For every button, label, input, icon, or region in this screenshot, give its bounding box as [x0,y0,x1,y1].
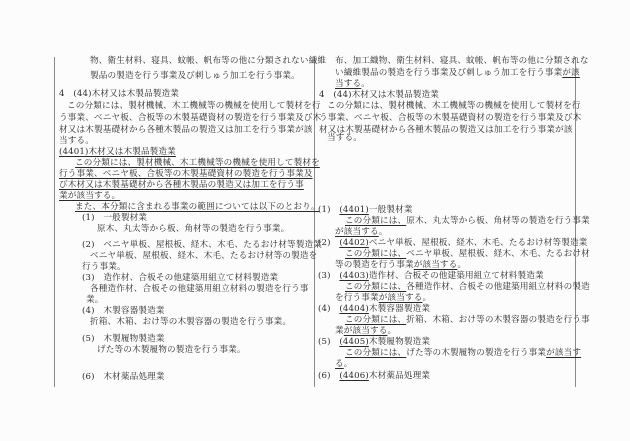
text-segment: 一般製材業 [369,205,413,215]
text-segment: (4) [318,304,339,314]
amended-text-segment: が該当す [546,348,581,358]
text-segment: この分類には、製材機械、木工機械等の機械を使用して製材を行 [327,101,581,111]
left-text-line: (6) 木材薬品処理業 [82,372,165,383]
amended-text-segment: この分類には、 [345,348,406,358]
right-text-line: この分類には、原木、丸太等から板、角材等の製造を行う事業 [345,216,590,227]
amended-text-segment: この分類には、 [345,216,406,226]
right-text-line: い繊維製品の製造を行う事業及び刺しゅう加工を行う事業が該 [335,68,580,79]
amended-text-segment: (4405) [339,337,368,347]
amended-text-segment: この分類には、 [345,282,406,292]
left-text-line: 当する。 [59,136,94,147]
text-segment: 4 (44)木材又は木製品製造業 [319,90,439,100]
right-text-line: 業が該当する。 [335,326,396,337]
left-text-line: 原木、丸太等から板、角材等の製造を行う事業。 [97,224,289,235]
left-text-line: (4401)木材又は木製品製造業 [59,147,176,158]
right-text-line: この分類には、折箱、木箱、おけ等の木製容器の製造を行う事 [345,315,590,326]
left-text-line: げた等の木製履物の製造を行う事業。 [97,345,246,356]
text-segment: 木材薬品処理業 [369,371,430,381]
left-text-line: (1) 一般製材業 [82,213,147,224]
right-text-line: る。 [335,359,353,370]
text-segment: ベニヤ単板、屋根板、経木、木毛、たるおけ材 [406,249,590,259]
left-text-line: この分類には、製材機械、木工機械等の機械を使用して製材を行 [67,101,321,112]
text-segment: 。 [387,326,396,336]
right-text-line: 4 (44)木材又は木製品製造業 [319,90,439,101]
right-text-line: (5) (4405)木製履物製造業 [318,337,430,348]
text-segment: 。 [344,359,353,369]
text-segment: を行う事業 [335,293,379,303]
text-segment: (3) [318,271,339,281]
text-segment: う事業、ベニヤ板、合板等の木製基礎資材の製造を行う事業及び木 [319,113,581,123]
right-text-line: この分類には、げた等の木製履物の製造を行う事業が該当す [345,348,581,359]
text-segment: (1) [318,205,339,215]
left-text-line: び木材又は木製基礎材から各種木製品の製造又は加工を行う事 [59,180,304,191]
text-segment: 造作材、合板その他建築用組立て材料製造業 [369,271,544,281]
table-border-left [54,57,55,387]
text-segment: (6) [318,371,339,381]
text-segment: 原木、丸太等から板、角材等の製造を行う事業 [406,216,590,226]
text-segment: 。 [379,227,388,237]
left-text-line: う事業、ベニヤ板、合板等の木製基礎資材の製造を行う事業及び木 [59,113,321,124]
left-text-line: 行う事業。 [82,262,126,273]
amended-text-segment: が該当する [344,326,388,336]
left-text-line: また、本分類に含まれる事業の範囲については以下のとおり。 [75,202,320,213]
left-text-line: ベニヤ単板、屋根板、経木、木毛、たるおけ材等の製造を [90,251,317,262]
right-text-line: を行う事業が該当する。 [335,293,431,304]
text-segment: い繊維製品の製造を行う事業及び刺しゅう加工を行う事業 [335,68,562,78]
left-text-line: 製品の製造を行う事業及び刺しゅう加工を行う事業。 [90,71,300,82]
right-text-line: この分類には、各種造作材、合板その他建築用組立材料の製造 [345,282,590,293]
right-text-line: (1) (4401)一般製材業 [318,205,413,216]
right-text-line: この分類には、製材機械、木工機械等の機械を使用して製材を行 [327,101,581,112]
text-segment: 木製履物製造業 [369,337,430,347]
amended-text-segment: (4403) [339,271,368,281]
left-text-line: 業。 [86,295,104,306]
amended-text-segment: この分類には、 [345,315,406,325]
right-text-line: 等の製造を行う事業が該当する。 [335,260,466,271]
left-text-line: (2) ベニヤ単板、屋根板、経木、木毛、たるおけ材等製造業 [82,240,322,251]
left-text-line: 材又は木製基礎材から各種木製品の製造又は加工を行う事業が該 [59,125,313,136]
text-segment: 等の製造を行う事業 [335,260,414,270]
amended-text-segment: (4402) [339,238,368,248]
left-text-line: (5) 木製履物製造業 [82,334,165,345]
right-text-line: (6) (4406)木材薬品処理業 [318,371,430,382]
amended-text-segment: が該 [562,68,580,78]
left-text-line: (4) 木製容器製造業 [82,306,165,317]
left-text-line: 各種造作材、合板その他建築用組立材料の製造を行う事 [90,284,309,295]
text-segment: 当する。 [327,133,362,143]
left-text-line: 折箱、木箱、おけ等の木製容器の製造を行う事業。 [90,317,291,328]
amended-text-segment: 当する [335,79,361,89]
left-text-line: 行う事業、ベニヤ板、合板等の木製基礎資材の製造を行う事業及 [59,169,313,180]
text-segment: 。 [361,79,370,89]
amended-text-segment: (4401) [339,205,368,215]
right-text-line: が該当する。 [335,227,387,238]
right-text-line: 当する。 [327,133,362,144]
right-text-line: 布、加工織物、衛生材料、寝具、蚊帳、帆布等の他に分類されな [335,56,589,67]
right-text-line: この分類には、ベニヤ単板、屋根板、経木、木毛、たるおけ材 [345,249,590,260]
left-text-line: 4 (44)木材又は木製品製造業 [59,89,179,100]
right-text-line: 当する。 [335,79,370,90]
left-text-line: この分類には、製材機械、木工機械等の機械を使用して製材を [75,158,320,169]
amended-text-segment: が該当する [335,227,379,237]
text-segment: (2) [318,238,339,248]
text-segment: (5) [318,337,339,347]
text-segment: 業 [335,326,344,336]
text-segment: 。 [422,293,431,303]
text-segment: 。 [457,260,466,270]
right-text-line: (2) (4402)ベニヤ単板、屋根板、経木、木毛、たるおけ材等製造業 [318,238,587,249]
amended-text-segment: (4406) [339,371,368,381]
text-segment: 木製容器製造業 [369,304,430,314]
left-text-line: 物、衛生材料、寝具、蚊帳、帆布等の他に分類されない繊維 [90,56,326,67]
right-text-line: (4) (4404)木製容器製造業 [318,304,430,315]
right-text-line: う事業、ベニヤ板、合板等の木製基礎資材の製造を行う事業及び木 [319,113,581,124]
text-segment: ベニヤ単板、屋根板、経木、木毛、たるおけ材等製造業 [369,238,588,248]
amended-text-segment: (4404) [339,304,368,314]
right-text-line: (3) (4403)造作材、合板その他建築用組立て材料製造業 [318,271,544,282]
left-text-line: 業が該当する。 [59,191,120,202]
amended-text-segment: る [335,359,344,369]
text-segment: げた等の木製履物の製造を行う事業 [406,348,546,358]
amended-text-segment: が該当する [379,293,423,303]
amended-text-segment: この分類には、 [345,249,406,259]
text-segment: 各種造作材、合板その他建築用組立材料の製造 [406,282,590,292]
amended-text-segment: が該当する [414,260,458,270]
text-segment: 布、加工織物、衛生材料、寝具、蚊帳、帆布等の他に分類されな [335,56,589,66]
text-segment: 折箱、木箱、おけ等の木製容器の製造を行う事 [406,315,590,325]
left-text-line: (3) 造作材、合板その他建築用組立て材料製造業 [82,273,278,284]
